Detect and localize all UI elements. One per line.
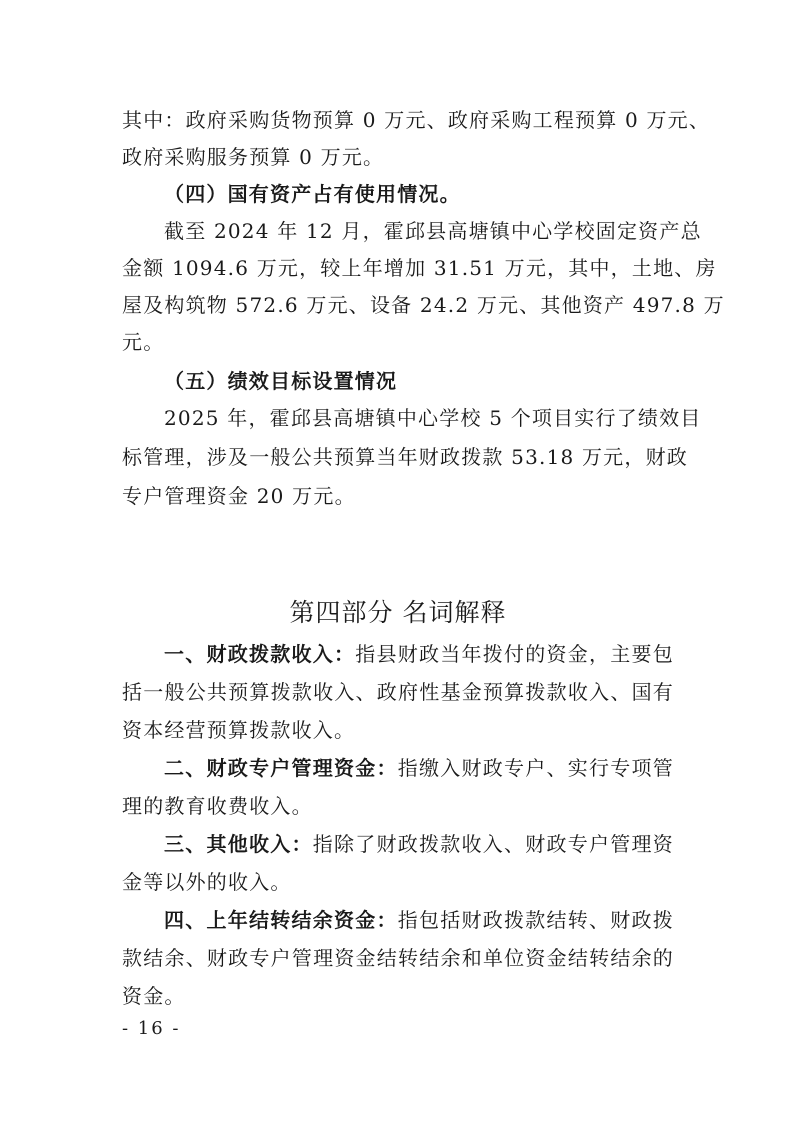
term-4-line-2: 款结余、财政专户管理资金结转结余和单位资金结转结余的 [122,944,674,972]
term-3-line-2: 金等以外的收入。 [122,868,674,896]
term-3-label: 三、其他收入： [164,832,313,856]
assets-heading: （四）国有资产占有使用情况。 [122,180,674,208]
term-2-line-2: 理的教育收费收入。 [122,792,674,820]
procurement-line-2: 政府采购服务预算 0 万元。 [122,143,674,171]
term-1-line-1: 一、财政拨款收入：指县财政当年拨付的资金，主要包 [122,640,674,668]
assets-line-2: 金额 1094.6 万元，较上年增加 31.51 万元，其中，土地、房 [122,254,674,282]
term-2-line-1: 二、财政专户管理资金：指缴入财政专户、实行专项管 [122,754,674,782]
section-title: 第四部分 名词解释 [122,597,674,629]
term-3-line-1: 三、其他收入：指除了财政拨款收入、财政专户管理资 [122,830,674,858]
term-4-definition-start: 指包括财政拨款结转、财政拨 [398,908,674,932]
page-number: - 16 - [122,1017,181,1041]
term-1-line-2: 括一般公共预算拨款收入、政府性基金预算拨款收入、国有 [122,678,674,706]
procurement-line-1: 其中：政府采购货物预算 0 万元、政府采购工程预算 0 万元、 [122,106,674,134]
term-1-definition-start: 指县财政当年拨付的资金，主要包 [355,642,674,666]
term-1-line-3: 资本经营预算拨款收入。 [122,716,674,744]
term-2-label: 二、财政专户管理资金： [164,756,398,780]
assets-line-3: 屋及构筑物 572.6 万元、设备 24.2 万元、其他资产 497.8 万 [122,291,674,319]
term-2-definition-start: 指缴入财政专户、实行专项管 [398,756,674,780]
term-3-definition-start: 指除了财政拨款收入、财政专户管理资 [313,832,674,856]
term-4-label: 四、上年结转结余资金： [164,908,398,932]
term-4-line-3: 资金。 [122,982,674,1010]
performance-line-2: 标管理，涉及一般公共预算当年财政拨款 53.18 万元，财政 [122,443,674,471]
term-4-line-1: 四、上年结转结余资金：指包括财政拨款结转、财政拨 [122,906,674,934]
performance-line-1: 2025 年，霍邱县高塘镇中心学校 5 个项目实行了绩效目 [122,404,674,432]
assets-line-1: 截至 2024 年 12 月，霍邱县高塘镇中心学校固定资产总 [122,217,674,245]
term-1-label: 一、财政拨款收入： [164,642,355,666]
assets-line-4: 元。 [122,328,674,356]
performance-heading: （五）绩效目标设置情况 [122,367,674,395]
performance-line-3: 专户管理资金 20 万元。 [122,482,674,510]
